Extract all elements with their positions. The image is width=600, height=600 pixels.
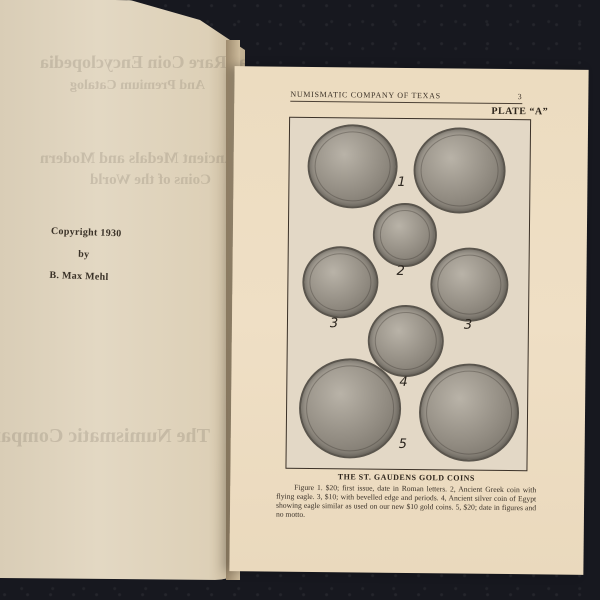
figure-number: 3 [464, 318, 472, 333]
coin-1-obverse [307, 124, 398, 209]
figure-number: 2 [396, 264, 404, 279]
coin-2-greek-eagle [373, 203, 438, 268]
coin-5-reverse [419, 363, 520, 462]
coin-3-obverse [302, 246, 379, 319]
coin-plate: 1 2 3 3 4 5 [285, 117, 531, 472]
page-number: 3 [518, 92, 523, 101]
running-head-title: NUMISMATIC COMPANY OF TEXAS [290, 90, 441, 101]
bleed-text: The Numismatic Company [0, 425, 210, 448]
bleed-text: Coins of the World [90, 172, 211, 189]
coin-1-reverse [413, 127, 506, 214]
plate-label: PLATE “A” [491, 106, 548, 118]
bleed-text: Ancient Medals and Modern [40, 150, 236, 168]
left-page: Star Rare Coin Encyclopedia And Premium … [0, 0, 245, 580]
copyright-line: Copyright 1930 [51, 226, 171, 241]
caption-title: THE ST. GAUDENS GOLD COINS [286, 472, 526, 484]
coin-5-obverse [299, 358, 402, 459]
figure-number: 5 [399, 437, 407, 452]
figure-number: 4 [399, 375, 407, 390]
figure-number: 1 [397, 175, 405, 190]
running-head: NUMISMATIC COMPANY OF TEXAS 3 [290, 90, 522, 104]
coin-3-reverse [430, 247, 509, 322]
figure-number: 3 [330, 316, 338, 331]
copyright-block: Copyright 1930 by B. Max Mehl [49, 226, 171, 296]
right-page: NUMISMATIC COMPANY OF TEXAS 3 PLATE “A” … [229, 66, 588, 575]
by-line: by [50, 248, 170, 263]
author-name: B. Max Mehl [49, 270, 169, 285]
caption-body: Figure 1. $20; first issue, date in Roma… [276, 483, 536, 522]
bleed-text: And Premium Catalog [70, 78, 205, 94]
